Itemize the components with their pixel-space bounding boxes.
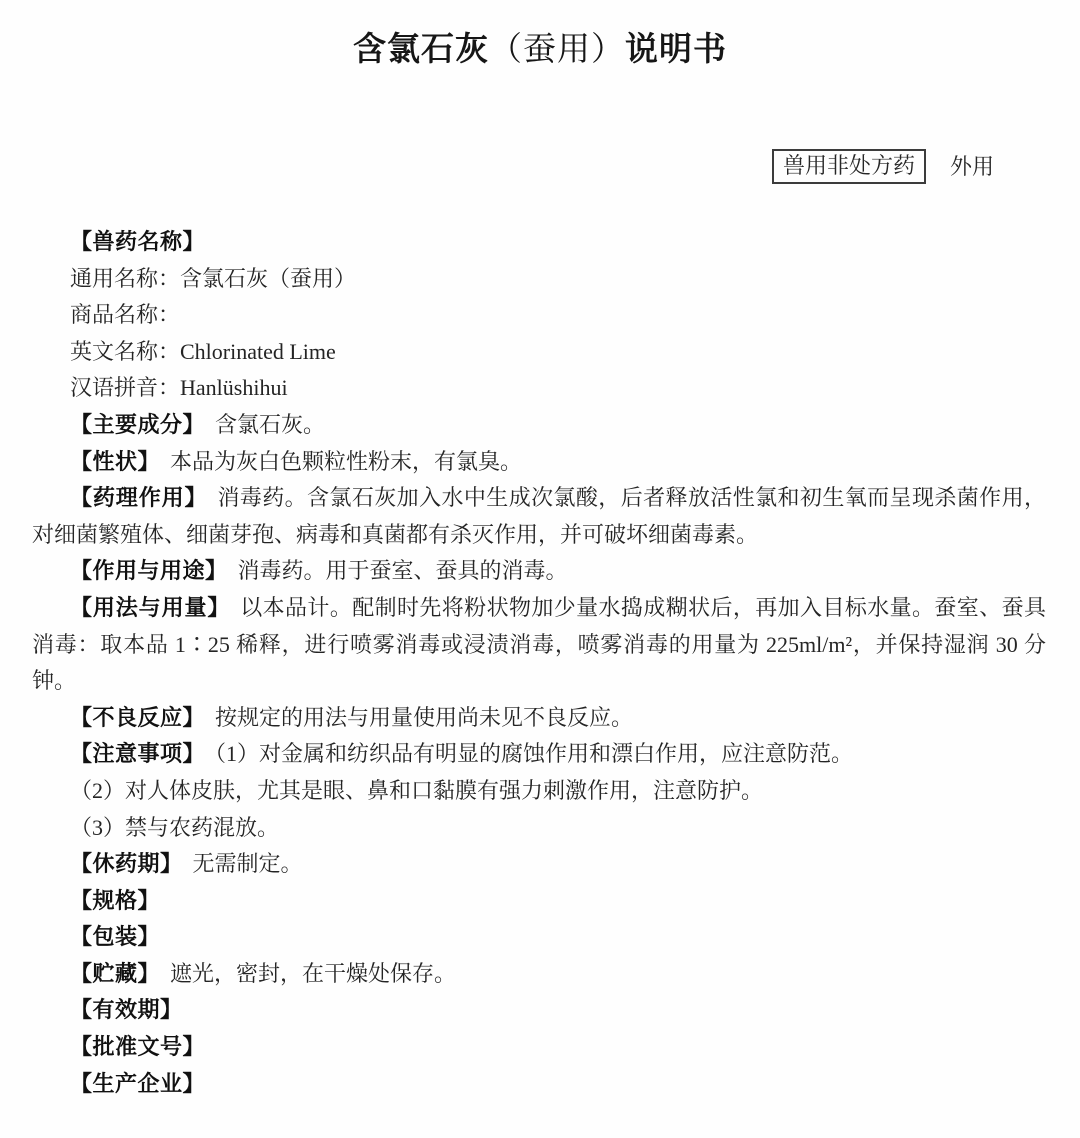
paragraph-text: 遮光，密封，在干燥处保存。 (170, 961, 456, 986)
paragraph: 【作用与用途】消毒药。用于蚕室、蚕具的消毒。 (0, 553, 1080, 590)
document-body: 【兽药名称】通用名称：含氯石灰（蚕用）商品名称：英文名称：Chlorinated… (0, 224, 1080, 1102)
paragraph: 【不良反应】按规定的用法与用量使用尚未见不良反应。 (0, 700, 1080, 737)
paragraph: 【兽药名称】 (0, 224, 1080, 261)
paragraph-label: 【作用与用途】 (70, 558, 228, 583)
paragraph: 【用法与用量】以本品计。配制时先将粉状物加少量水捣成糊状后，再加入目标水量。蚕室… (0, 590, 1080, 700)
paragraph-label: 【用法与用量】 (70, 595, 230, 620)
paragraph: 【主要成分】含氯石灰。 (0, 407, 1080, 444)
paragraph-label: 【休药期】 (70, 851, 183, 876)
paragraph-label: 【主要成分】 (70, 412, 205, 437)
paragraph-text: 无需制定。 (193, 851, 303, 876)
paragraph: 【生产企业】 (0, 1066, 1080, 1103)
paragraph: 【贮藏】遮光，密封，在干燥处保存。 (0, 956, 1080, 993)
paragraph: 【批准文号】 (0, 1029, 1080, 1066)
paragraph: 汉语拼音：Hanlüshihui (0, 370, 1080, 407)
paragraph-label: 【规格】 (70, 888, 160, 913)
paragraph: 【药理作用】消毒药。含氯石灰加入水中生成次氯酸，后者释放活性氯和初生氧而呈现杀菌… (0, 480, 1080, 553)
paragraph-label: 【有效期】 (70, 997, 183, 1022)
otc-box: 兽用非处方药 (772, 149, 926, 184)
paragraph-text: （3）禁与农药混放。 (70, 815, 279, 840)
paragraph-text: 本品为灰白色颗粒性粉末，有氯臭。 (170, 449, 522, 474)
paragraph: （3）禁与农药混放。 (0, 810, 1080, 847)
paragraph-label: 【性状】 (70, 449, 160, 474)
document-page: 含氯石灰（蚕用）说明书 兽用非处方药 外用 【兽药名称】通用名称：含氯石灰（蚕用… (0, 0, 1080, 1138)
paragraph-label: 【包装】 (70, 924, 160, 949)
paragraph-text: 含氯石灰。 (215, 412, 325, 437)
otc-label: 兽用非处方药 (783, 153, 915, 178)
paragraph-text: 消毒药。用于蚕室、蚕具的消毒。 (238, 558, 568, 583)
paragraph: （2）对人体皮肤，尤其是眼、鼻和口黏膜有强力刺激作用，注意防护。 (0, 773, 1080, 810)
page-title: 含氯石灰（蚕用）说明书 (0, 26, 1080, 73)
paragraph: 【性状】本品为灰白色颗粒性粉末，有氯臭。 (0, 444, 1080, 481)
page-title-paren: （蚕用） (489, 32, 625, 68)
paragraph: 【休药期】无需制定。 (0, 846, 1080, 883)
paragraph: 【有效期】 (0, 992, 1080, 1029)
paragraph-label: 【批准文号】 (70, 1034, 205, 1059)
usage-type-label: 外用 (950, 154, 994, 180)
paragraph-text: 通用名称：含氯石灰（蚕用） (70, 266, 356, 291)
paragraph: 英文名称：Chlorinated Lime (0, 334, 1080, 371)
paragraph-text: 英文名称：Chlorinated Lime (70, 339, 336, 364)
paragraph-text: （1）对金属和纺织品有明显的腐蚀作用和漂白作用，应注意防范。 (215, 741, 853, 766)
paragraph-label: 【不良反应】 (70, 705, 205, 730)
page-title-main: 含氯石灰 (353, 30, 489, 67)
paragraph-label: 【贮藏】 (70, 961, 160, 986)
page-title-suffix: 说明书 (625, 30, 727, 67)
paragraph: 【注意事项】（1）对金属和纺织品有明显的腐蚀作用和漂白作用，应注意防范。 (0, 736, 1080, 773)
paragraph-label: 【兽药名称】 (70, 229, 205, 254)
paragraph-label: 【生产企业】 (70, 1071, 205, 1096)
classification-row: 兽用非处方药 外用 (0, 149, 1080, 184)
paragraph-text: （2）对人体皮肤，尤其是眼、鼻和口黏膜有强力刺激作用，注意防护。 (70, 778, 763, 803)
paragraph: 【规格】 (0, 883, 1080, 920)
paragraph: 商品名称： (0, 297, 1080, 334)
paragraph: 通用名称：含氯石灰（蚕用） (0, 261, 1080, 298)
paragraph-label: 【注意事项】 (70, 741, 205, 766)
paragraph-text: 商品名称： (70, 302, 180, 327)
paragraph-text: 按规定的用法与用量使用尚未见不良反应。 (215, 705, 633, 730)
paragraph-label: 【药理作用】 (70, 485, 207, 510)
paragraph: 【包装】 (0, 919, 1080, 956)
paragraph-text: 汉语拼音：Hanlüshihui (70, 375, 288, 400)
